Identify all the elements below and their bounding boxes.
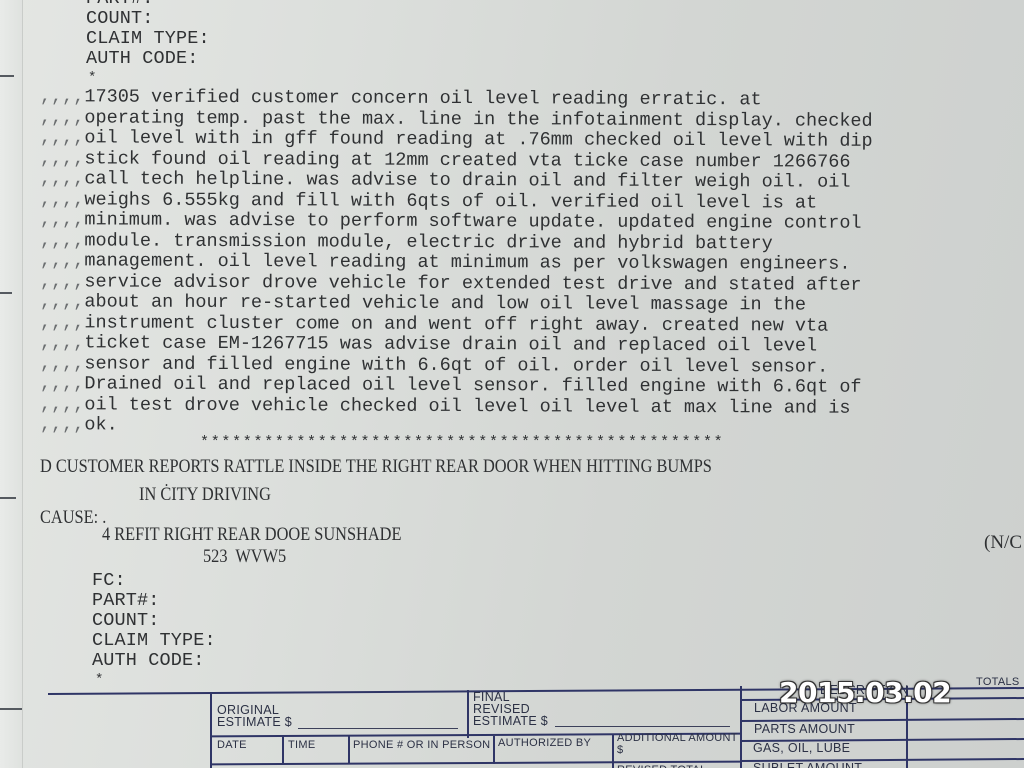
operation-line: 4 REFIT RIGHT REAR DOOE SUNSHADE xyxy=(102,524,401,546)
narrative-line: ,,,,17305 verified customer concern oil … xyxy=(40,86,873,110)
phone-label: PHONE # OR IN PERSON xyxy=(353,739,490,751)
star-marker: * xyxy=(88,70,97,86)
original-estimate-blank xyxy=(298,728,458,729)
narrative-text: 17305 verified customer concern oil leve… xyxy=(84,86,761,110)
line-prefix: ,,,, xyxy=(40,394,85,415)
camera-date-stamp: 2015.03.02 xyxy=(779,676,951,709)
narrative-line: ,,,,minimum. was advise to perform softw… xyxy=(40,209,873,233)
final-revised-estimate-label: FINAL REVISED ESTIMATE $ xyxy=(473,691,548,727)
line-prefix: ,,,, xyxy=(40,189,85,210)
field-claim-type: CLAIM TYPE: xyxy=(86,28,210,49)
field-part-number-2: PART#: xyxy=(92,590,160,611)
field-count-2: COUNT: xyxy=(92,610,160,631)
date-label: DATE xyxy=(217,739,247,751)
line-prefix: ,,,, xyxy=(40,353,85,374)
edge-mark xyxy=(0,292,12,294)
narrative-line: ,,,,ticket case EM-1267715 was advise dr… xyxy=(40,332,873,356)
narrative-line: ,,,,call tech helpline. was advise to dr… xyxy=(40,168,873,192)
field-fc: FC: xyxy=(92,570,126,591)
additional-amount-label: ADDITIONAL AMOUNT $ xyxy=(617,732,738,756)
original-estimate-label: ORIGINAL ESTIMATE $ xyxy=(217,704,292,728)
customer-concern-line2: IN ĊITY DRIVING xyxy=(139,484,271,506)
edge-mark xyxy=(0,497,16,499)
line-prefix: ,,,, xyxy=(40,148,85,169)
customer-concern-line1: D CUSTOMER REPORTS RATTLE INSIDE THE RIG… xyxy=(40,456,712,478)
line-prefix: ,,,, xyxy=(40,312,85,333)
narrative-line: ,,,,management. oil level reading at min… xyxy=(40,250,873,274)
sublet-amount-label: SUBLET AMOUNT xyxy=(753,762,862,768)
page-edge xyxy=(0,0,23,768)
separator-line: ****************************************… xyxy=(200,434,724,451)
line-prefix: ,,,, xyxy=(40,107,85,128)
narrative-line: ,,,,oil level with in gff found reading … xyxy=(40,127,873,151)
revised-total-label: REVISED TOTAL xyxy=(617,764,706,768)
parts-amount-label: PARTS AMOUNT xyxy=(754,723,855,735)
field-auth-code-2: AUTH CODE: xyxy=(92,650,205,671)
narrative-text: ok. xyxy=(84,414,117,435)
field-claim-type-2: CLAIM TYPE: xyxy=(92,630,216,651)
gas-oil-lube-label: GAS, OIL, LUBE xyxy=(753,742,850,754)
line-prefix: ,,,, xyxy=(40,168,85,189)
final-estimate-blank xyxy=(555,726,730,727)
line-prefix: ,,,, xyxy=(40,271,85,292)
authorized-by-label: AUTHORIZED BY xyxy=(498,737,591,749)
line-prefix: ,,,, xyxy=(40,414,85,435)
line-prefix: ,,,, xyxy=(40,230,85,251)
charge-type: (N/C xyxy=(984,532,1022,554)
narrative-line: ,,,,Drained oil and replaced oil level s… xyxy=(40,373,873,397)
edge-mark xyxy=(0,75,14,77)
line-prefix: ,,,, xyxy=(40,209,85,230)
field-count: COUNT: xyxy=(86,8,154,29)
line-prefix: ,,,, xyxy=(40,373,85,394)
line-prefix: ,,,, xyxy=(40,332,85,353)
totals-label: TOTALS xyxy=(976,676,1020,688)
time-label: TIME xyxy=(288,739,315,751)
line-prefix: ,,,, xyxy=(40,127,85,148)
operation-code: 523 WVW5 xyxy=(203,546,286,568)
line-prefix: ,,,, xyxy=(40,250,85,271)
field-auth-code: AUTH CODE: xyxy=(86,48,199,69)
line-prefix: ,,,, xyxy=(40,291,85,312)
cause-label: CAUSE: . xyxy=(40,507,106,529)
narrative-line: ,,,,about an hour re-started vehicle and… xyxy=(40,291,873,315)
technician-narrative: ,,,,17305 verified customer concern oil … xyxy=(40,88,873,437)
line-prefix: ,,,, xyxy=(40,86,85,107)
